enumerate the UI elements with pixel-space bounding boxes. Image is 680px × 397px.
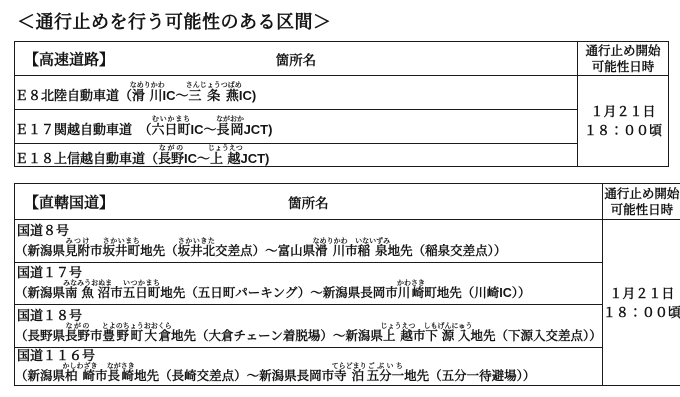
closure-datetime-expressway: １月２１日 １８：００頃	[578, 76, 669, 167]
table-row: 国道１８号 （長野県長野ながの市豊野町とよのちょう大倉おおくら地先（大倉チェーン…	[15, 305, 680, 348]
route-number: 国道１１６号	[15, 349, 602, 362]
closure-start-header-line1: 通行止め開始	[603, 186, 680, 202]
route-cell-r17: 国道１７号 （新潟県南魚沼みなみうおぬま市五日町いつかまち地先（五日町パーキング…	[15, 263, 603, 305]
national-header-row: 【直轄国道】 箇所名 通行止め開始 可能性日時	[15, 184, 680, 220]
closure-date: １月２１日	[578, 102, 668, 121]
route-cell-r116: 国道１１６号 （新潟県柏崎かしわざき市長崎ながさき地先（長崎交差点）～新潟県長岡…	[15, 348, 603, 386]
route-text: Ｅ１７関越自動車道 （六日町むいかまちIC～長岡ながおかJCT)	[15, 116, 577, 137]
table-row: Ｅ１８上信越自動車道（長野ながのIC～上越じょうえつJCT)	[15, 144, 669, 167]
route-text: Ｅ１８上信越自動車道（長野ながのIC～上越じょうえつJCT)	[15, 145, 577, 166]
category-label-national: 【直轄国道】	[24, 191, 114, 212]
table-row: Ｅ１７関越自動車道 （六日町むいかまちIC～長岡ながおかJCT)	[15, 110, 669, 144]
table-row: 国道１７号 （新潟県南魚沼みなみうおぬま市五日町いつかまち地先（五日町パーキング…	[15, 263, 680, 305]
national-header-cell: 【直轄国道】 箇所名	[15, 184, 603, 220]
category-label-expressway: 【高速道路】	[24, 48, 114, 69]
closure-start-header: 通行止め開始 可能性日時	[578, 42, 669, 76]
expressway-table: 【高速道路】 箇所名 通行止め開始 可能性日時 Ｅ８北陸自動車道（滑川なめりかわ…	[14, 41, 669, 167]
closure-date: １月２１日	[603, 284, 680, 303]
route-cell-e17: Ｅ１７関越自動車道 （六日町むいかまちIC～長岡ながおかJCT)	[15, 110, 578, 144]
route-number: 国道１８号	[15, 309, 602, 322]
table-row: Ｅ８北陸自動車道（滑川なめりかわIC～三条燕さんじょうつばめIC) １月２１日 …	[15, 76, 669, 110]
route-number: 国道８号	[15, 224, 602, 237]
route-section: （長野県長野ながの市豊野町とよのちょう大倉おおくら地先（大倉チェーン着脱場）～新…	[15, 323, 602, 343]
page: ＜通行止めを行う可能性のある区間＞ 【高速道路】 箇所名 通行止め開始 可能性日…	[0, 0, 680, 397]
location-name-header: 箇所名	[288, 192, 329, 212]
route-cell-r8: 国道８号 （新潟県見附みつけ市坂井町さかいまち地先（坂井北さかいきた交差点）～富…	[15, 220, 603, 263]
route-section: （新潟県柏崎かしわざき市長崎ながさき地先（長崎交差点）～新潟県長岡市寺泊てらどま…	[15, 363, 602, 383]
closure-start-header-line1: 通行止め開始	[578, 43, 668, 59]
location-name-header: 箇所名	[276, 49, 317, 69]
expressway-header-cell: 【高速道路】 箇所名	[15, 42, 578, 76]
closure-start-header-line2: 可能性日時	[603, 202, 680, 218]
route-number: 国道１７号	[15, 266, 602, 279]
route-section: （新潟県南魚沼みなみうおぬま市五日町いつかまち地先（五日町パーキング）～新潟県長…	[15, 280, 602, 300]
route-cell-r18: 国道１８号 （長野県長野ながの市豊野町とよのちょう大倉おおくら地先（大倉チェーン…	[15, 305, 603, 348]
closure-datetime-national: １月２１日 １８：００頃	[602, 220, 680, 386]
closure-start-header-line2: 可能性日時	[578, 59, 668, 75]
page-title: ＜通行止めを行う可能性のある区間＞	[17, 8, 332, 34]
national-road-table: 【直轄国道】 箇所名 通行止め開始 可能性日時 国道８号 （新潟県見附みつけ市坂…	[14, 183, 680, 386]
closure-time: １８：００頃	[578, 121, 668, 140]
closure-time: １８：００頃	[603, 303, 680, 322]
route-cell-e18: Ｅ１８上信越自動車道（長野ながのIC～上越じょうえつJCT)	[15, 144, 578, 167]
table-row: 国道８号 （新潟県見附みつけ市坂井町さかいまち地先（坂井北さかいきた交差点）～富…	[15, 220, 680, 263]
expressway-header-row: 【高速道路】 箇所名 通行止め開始 可能性日時	[15, 42, 669, 76]
closure-start-header: 通行止め開始 可能性日時	[602, 184, 680, 220]
route-text: Ｅ８北陸自動車道（滑川なめりかわIC～三条燕さんじょうつばめIC)	[15, 82, 577, 103]
route-cell-e8: Ｅ８北陸自動車道（滑川なめりかわIC～三条燕さんじょうつばめIC)	[15, 76, 578, 110]
table-row: 国道１１６号 （新潟県柏崎かしわざき市長崎ながさき地先（長崎交差点）～新潟県長岡…	[15, 348, 680, 386]
route-section: （新潟県見附みつけ市坂井町さかいまち地先（坂井北さかいきた交差点）～富山県滑川な…	[15, 238, 602, 258]
